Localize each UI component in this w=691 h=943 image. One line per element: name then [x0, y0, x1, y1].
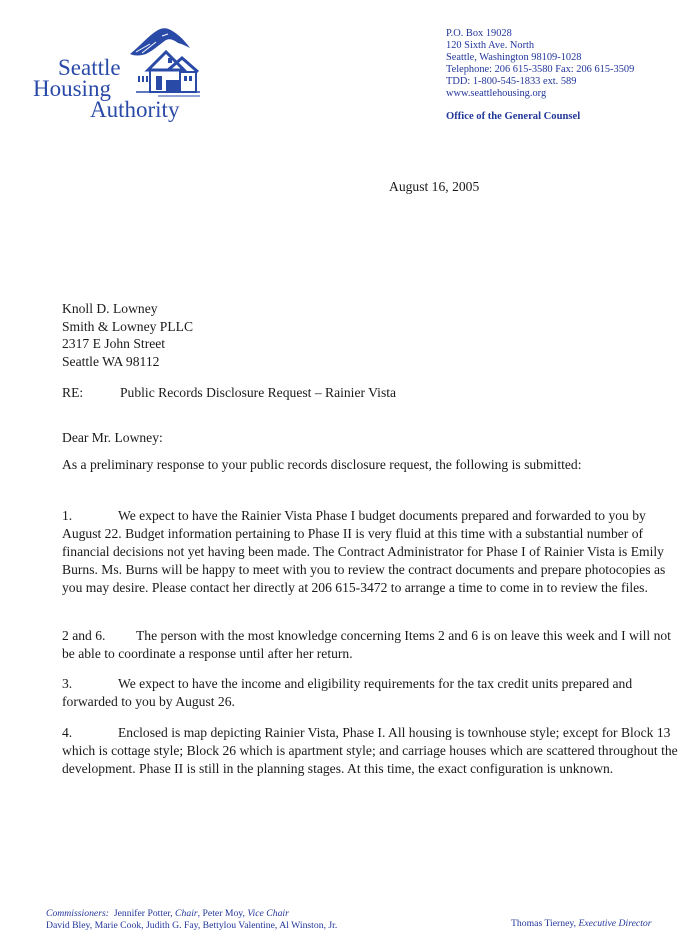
re-subject: Public Records Disclosure Request – Rain… — [120, 385, 396, 400]
item-paragraph-1: 1.We expect to have the Rainier Vista Ph… — [62, 507, 687, 597]
recipient-address: Knoll D. Lowney Smith & Lowney PLLC 2317… — [62, 300, 193, 370]
tdd: TDD: 1-800-545-1833 ext. 589 — [446, 76, 634, 88]
executive-director: Thomas Tierney, Executive Director — [511, 918, 652, 929]
commissioners-line-1: Commissioners: Jennifer Potter, Chair, P… — [46, 908, 337, 920]
recipient-street: 2317 E John Street — [62, 335, 193, 353]
letter-date: August 16, 2005 — [389, 179, 479, 195]
contact-block: P.O. Box 19028 120 Sixth Ave. North Seat… — [446, 28, 634, 101]
recipient-city: Seattle WA 98112 — [62, 353, 193, 371]
commissioners-footer: Commissioners: Jennifer Potter, Chair, P… — [46, 908, 337, 932]
logo-text-authority: Authority — [90, 98, 179, 121]
item-paragraph-4: 4.Enclosed is map depicting Rainier Vist… — [62, 724, 687, 778]
item-paragraph-2: 2 and 6.The person with the most knowled… — [62, 627, 687, 663]
commissioner-vice-chair-name: , Peter Moy, — [198, 908, 248, 919]
item-text: We expect to have the income and eligibi… — [62, 676, 632, 709]
item-number: 2 and 6. — [62, 627, 136, 645]
salutation: Dear Mr. Lowney: — [62, 430, 163, 446]
mountain-houses-icon — [128, 22, 203, 100]
commissioners-line-2: David Bley, Marie Cook, Judith G. Fay, B… — [46, 920, 337, 932]
item-text: Enclosed is map depicting Rainier Vista,… — [62, 725, 678, 776]
city-state-zip: Seattle, Washington 98109-1028 — [446, 52, 634, 64]
re-label: RE: — [62, 385, 120, 401]
chair-title: Chair — [175, 908, 198, 919]
office-name: Office of the General Counsel — [446, 111, 580, 122]
website: www.seattlehousing.org — [446, 88, 634, 100]
sha-logo: Seattle Housing Authority — [28, 22, 218, 122]
commissioner-chair-name: Jennifer Potter, — [114, 908, 175, 919]
po-box: P.O. Box 19028 — [446, 28, 634, 40]
street-address: 120 Sixth Ave. North — [446, 40, 634, 52]
item-number: 4. — [62, 724, 118, 742]
item-text: We expect to have the Rainier Vista Phas… — [62, 508, 665, 595]
vice-chair-title: Vice Chair — [247, 908, 289, 919]
recipient-name: Knoll D. Lowney — [62, 300, 193, 318]
director-title: Executive Director — [578, 918, 651, 929]
intro-paragraph: As a preliminary response to your public… — [62, 456, 687, 474]
item-number: 3. — [62, 675, 118, 693]
item-paragraph-3: 3.We expect to have the income and eligi… — [62, 675, 687, 711]
item-number: 1. — [62, 507, 118, 525]
director-name: Thomas Tierney, — [511, 918, 578, 929]
commissioners-label: Commissioners: — [46, 908, 109, 919]
item-text: The person with the most knowledge conce… — [62, 628, 671, 661]
re-line: RE:Public Records Disclosure Request – R… — [62, 385, 396, 401]
phone-fax: Telephone: 206 615-3580 Fax: 206 615-350… — [446, 64, 634, 76]
recipient-firm: Smith & Lowney PLLC — [62, 318, 193, 336]
